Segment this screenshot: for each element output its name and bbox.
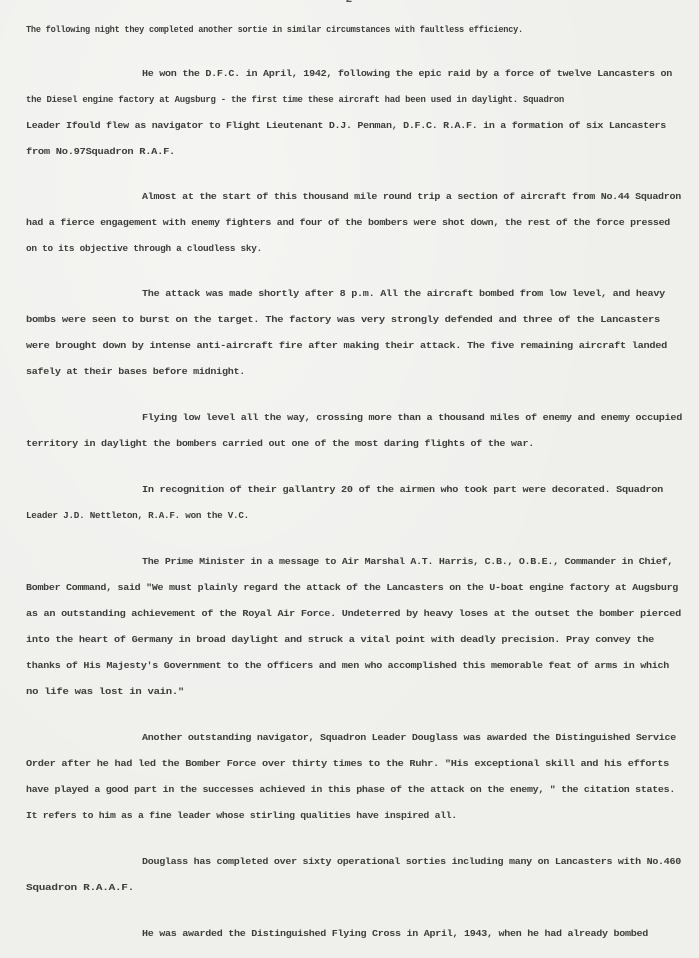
paragraph-round-trip-line: on to its objective through a cloudless …	[26, 243, 262, 254]
paragraph-attack-line: The attack was made shortly after 8 p.m.…	[142, 288, 665, 299]
typewritten-page: - 2 - The following night they completed…	[0, 0, 699, 958]
paragraph-following-night-line: The following night they completed anoth…	[26, 24, 523, 35]
paragraph-dfc-april-1942-line: Leader Ifould flew as navigator to Fligh…	[26, 120, 666, 131]
paragraph-prime-minister-line: The Prime Minister in a message to Air M…	[142, 556, 673, 567]
paragraph-dfc-april-1942-line: the Diesel engine factory at Augsburg - …	[26, 94, 564, 105]
paragraph-douglass-sorties-line: Douglass has completed over sixty operat…	[142, 856, 681, 867]
paragraph-dfc-april-1943-line: He was awarded the Distinguished Flying …	[142, 928, 648, 939]
paragraph-douglass-dso-line: It refers to him as a fine leader whose …	[26, 810, 457, 821]
paragraph-dfc-april-1942-line: from No.97Squadron R.A.F.	[26, 146, 175, 157]
paragraph-prime-minister-line: as an outstanding achievement of the Roy…	[26, 608, 681, 619]
paragraph-prime-minister-line: into the heart of Germany in broad dayli…	[26, 634, 654, 645]
paragraph-prime-minister-line: Bomber Command, said "We must plainly re…	[26, 582, 678, 593]
paragraph-attack-line: were brought down by intense anti-aircra…	[26, 340, 667, 351]
paragraph-flying-low-line: territory in daylight the bombers carrie…	[26, 438, 534, 449]
paragraph-douglass-sorties-line: Squadron R.A.A.F.	[26, 882, 134, 893]
paragraph-round-trip-line: Almost at the start of this thousand mil…	[142, 191, 681, 202]
paragraph-flying-low-line: Flying low level all the way, crossing m…	[142, 412, 682, 423]
paragraph-round-trip-line: had a fierce engagement with enemy fight…	[26, 217, 670, 228]
paragraph-douglass-dso-line: Another outstanding navigator, Squadron …	[142, 732, 676, 743]
paragraph-douglass-dso-line: have played a good part in the successes…	[26, 784, 675, 795]
page-number: - 2 -	[0, 0, 699, 6]
paragraph-attack-line: safely at their bases before midnight.	[26, 366, 245, 377]
paragraph-recognition-line: In recognition of their gallantry 20 of …	[142, 484, 663, 495]
paragraph-attack-line: bombs were seen to burst on the target. …	[26, 314, 660, 325]
paragraph-prime-minister-line: no life was lost in vain."	[26, 686, 184, 697]
paragraph-recognition-line: Leader J.D. Nettleton, R.A.F. won the V.…	[26, 510, 249, 521]
paragraph-prime-minister-line: thanks of His Majesty's Government to th…	[26, 660, 669, 671]
paragraph-douglass-dso-line: Order after he had led the Bomber Force …	[26, 758, 669, 769]
paragraph-dfc-april-1942-line: He won the D.F.C. in April, 1942, follow…	[142, 68, 672, 79]
